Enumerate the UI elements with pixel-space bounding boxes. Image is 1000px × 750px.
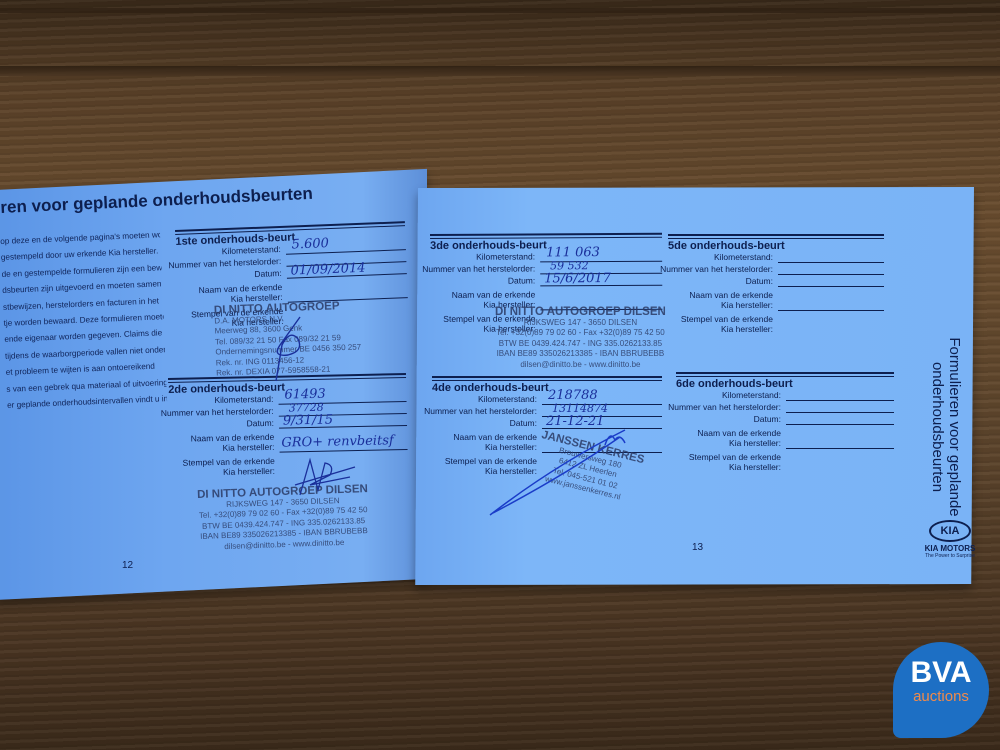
service-title: 5de onderhouds-beurt <box>668 240 785 252</box>
stamp-label: Kia hersteller: <box>729 462 781 472</box>
body-line: gestempeld door uw erkende Kia herstelle… <box>1 246 161 265</box>
body-line: stbewijzen, herstelorders en facturen in… <box>3 295 163 314</box>
signature-4 <box>485 425 635 520</box>
body-line: dsbeurten zijn uitgevoerd en moeten same… <box>2 278 162 297</box>
dealer-field[interactable] <box>778 310 884 311</box>
order-label: Nummer van het herstelorder: <box>422 263 535 274</box>
date-label: Datum: <box>246 418 274 429</box>
header-rule <box>676 376 894 377</box>
date-label: Datum: <box>508 275 535 285</box>
dealer-label: Kia hersteller: <box>721 300 773 310</box>
body-line: s van een gebrek qua materiaal of uitvoe… <box>6 377 166 396</box>
km-label: Kilometerstand: <box>478 394 537 404</box>
body-line: ende eigenaar worden gegeven. Claims die <box>4 328 164 347</box>
service-title: 6de onderhouds-beurt <box>676 378 793 390</box>
header-rule <box>432 376 662 378</box>
km-label: Kilometerstand: <box>476 251 535 261</box>
left-page-body: op deze en de volgende pagina's moeten w… <box>0 229 167 416</box>
order-field[interactable] <box>778 274 884 275</box>
service-form-3: 3de onderhouds-beurt Kilometerstand: 111… <box>430 233 662 234</box>
vertical-page-title: Formulieren voor geplande onderhoudsbeur… <box>929 312 963 542</box>
date-field[interactable] <box>778 286 884 287</box>
signature-2 <box>290 455 360 505</box>
km-value: 111 063 <box>546 245 600 260</box>
dealer-label: Naam van de erkende <box>697 428 781 438</box>
body-line: er geplande onderhoudsintervallen vindt … <box>7 393 167 412</box>
stamp-label: Kia hersteller: <box>223 466 275 477</box>
header-rule <box>668 238 884 239</box>
page-number-left: 12 <box>122 560 133 571</box>
dealer-value: GRO+ renvbeitsf <box>281 433 394 450</box>
stamp-label: Stempel van de erkende <box>689 452 781 462</box>
kia-motors-logo: KIA KIA MOTORS The Power to Surprise <box>920 520 980 559</box>
body-line: de en gestempelde formulieren zijn een b… <box>1 262 161 281</box>
date-label: Datum: <box>254 268 282 279</box>
order-field[interactable] <box>786 412 894 413</box>
order-label: Nummer van het herstelorder: <box>424 406 537 416</box>
dealer-field[interactable] <box>786 448 894 449</box>
date-value: 01/09/2014 <box>290 261 365 279</box>
stamp-label: Stempel van de erkende <box>681 314 773 324</box>
dealer-label: Naam van de erkende <box>452 289 536 299</box>
km-label: Kilometerstand: <box>722 390 781 400</box>
date-value: 15/6/2017 <box>544 271 611 286</box>
date-label: Datum: <box>746 276 773 286</box>
bva-auctions-watermark: BVA auctions <box>893 642 989 738</box>
body-line: tijdens de waarborgperiode vallen niet o… <box>5 344 165 363</box>
date-label: Datum: <box>754 414 781 424</box>
header-rule <box>676 372 894 374</box>
dealer-label: Kia hersteller: <box>222 442 274 453</box>
order-label: Nummer van het herstelorder: <box>668 402 781 412</box>
order-label: Nummer van het herstelorder: <box>660 264 773 274</box>
km-label: Kilometerstand: <box>214 394 273 405</box>
date-value: 9/31/15 <box>283 413 333 429</box>
km-field[interactable] <box>786 400 894 401</box>
header-rule <box>668 234 884 236</box>
date-field[interactable] <box>786 424 894 425</box>
page-number-right: 13 <box>692 542 703 553</box>
wood-plank-seam <box>0 66 1000 76</box>
service-title: 3de onderhouds-beurt <box>430 239 547 252</box>
signature-1 <box>270 315 320 385</box>
km-value: 218788 <box>548 388 598 403</box>
body-line: et probleem te wijten is aan ontoereiken… <box>5 360 165 379</box>
wood-plank-seam <box>0 8 1000 13</box>
km-value: 5.600 <box>291 236 329 252</box>
body-line: tje worden bewaard. Deze formulieren moe… <box>3 311 163 330</box>
km-label: Kilometerstand: <box>714 252 773 262</box>
dealer-label: Kia hersteller: <box>729 438 781 448</box>
stamp-label: Kia hersteller: <box>721 324 773 334</box>
service-title: 4de onderhouds-beurt <box>432 382 549 394</box>
dealer-label: Naam van de erkende <box>689 290 773 300</box>
header-rule <box>432 380 662 381</box>
km-field[interactable] <box>778 262 884 263</box>
dealer-stamp-3: DI NITTO AUTOGROEP DILSEN RIJKSWEG 147 -… <box>495 307 666 370</box>
